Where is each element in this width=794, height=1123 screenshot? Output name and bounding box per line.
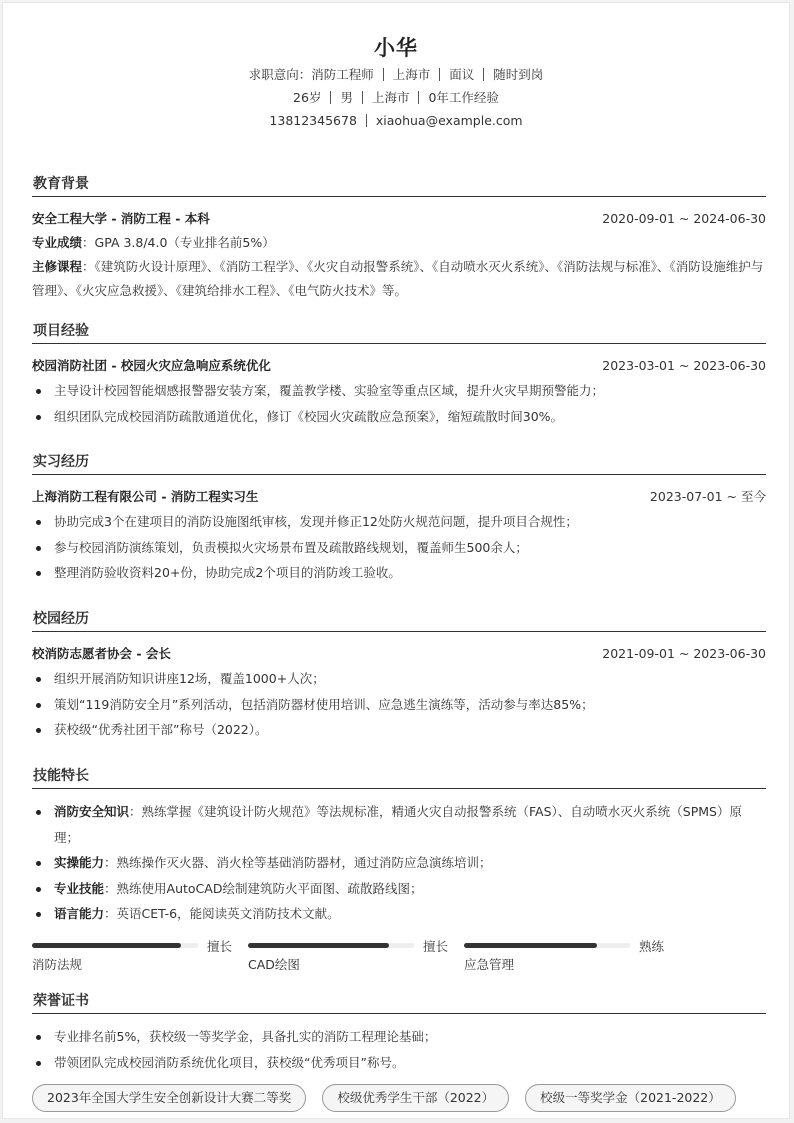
skill-bars: 擅长 消防法规 擅长 CAD绘图 熟练 应急管理 xyxy=(32,937,766,975)
experience: 0年工作经验 xyxy=(428,90,498,105)
org-role: 校消防志愿者协会 - 会长 xyxy=(32,642,171,666)
project-bullets: 主导设计校园智能烟感报警器安装方案，覆盖教学楼、实验室等重点区域，提升火灾早期预… xyxy=(32,378,766,429)
availability: 随时到岗 xyxy=(493,67,543,82)
list-item: 主导设计校园智能烟感报警器安装方案，覆盖教学楼、实验室等重点区域，提升火灾早期预… xyxy=(32,378,766,404)
section-title: 实习经历 xyxy=(32,451,766,473)
skill-name: 消防法规 xyxy=(32,955,248,975)
honor-tags: 2023年全国大学生安全创新设计大赛二等奖 校级优秀学生干部（2022） 校级一… xyxy=(32,1084,766,1112)
campus-bullets: 组织开展消防知识讲座12场，覆盖1000+人次； 策划“119消防安全月”系列活… xyxy=(32,666,766,743)
divider xyxy=(383,68,384,81)
basic-info-line: 26岁男上海市0年工作经验 xyxy=(3,86,789,109)
skill-fill xyxy=(248,943,389,948)
section-honors: 荣誉证书 专业排名前5%，获校级一等奖学金，具备扎实的消防工程理论基础； 带领团… xyxy=(32,990,766,1112)
list-item: 消防安全知识：熟练掌握《建筑设计防火规范》等法规标准，精通火灾自动报警系统（FA… xyxy=(32,799,766,850)
skill-text: ：熟练操作灭火器、消火栓等基础消防器材，通过消防应急演练培训； xyxy=(104,855,492,870)
section-title: 荣誉证书 xyxy=(32,990,766,1012)
phone: 13812345678 xyxy=(269,113,356,128)
date-range: 2021-09-01 ~ 2023-06-30 xyxy=(602,642,766,666)
city: 上海市 xyxy=(372,90,410,105)
section-title: 项目经验 xyxy=(32,320,766,342)
divider xyxy=(366,114,367,127)
list-item: 实操能力：熟练操作灭火器、消火栓等基础消防器材，通过消防应急演练培训； xyxy=(32,850,766,876)
section-divider xyxy=(32,788,766,789)
company-role: 上海消防工程有限公司 - 消防工程实习生 xyxy=(32,485,258,509)
list-item: 整理消防验收资料20+份，协助完成2个项目的消防竣工验收。 xyxy=(32,560,766,586)
school-major-degree: 安全工程大学 - 消防工程 - 本科 xyxy=(32,207,210,231)
divider xyxy=(483,68,484,81)
section-campus: 校园经历 校消防志愿者协会 - 会长 2021-09-01 ~ 2023-06-… xyxy=(32,608,766,743)
skill-level: 擅长 xyxy=(423,937,448,955)
section-divider xyxy=(32,1013,766,1014)
internship-heading: 上海消防工程有限公司 - 消防工程实习生 2023-07-01 ~ 至今 xyxy=(32,485,766,509)
list-item: 专业技能：熟练使用AutoCAD绘制建筑防火平面图、疏散路线图； xyxy=(32,876,766,902)
skill-bar-item: 熟练 应急管理 xyxy=(464,937,680,975)
internship-bullets: 协助完成3个在建项目的消防设施图纸审核，发现并修正12处防火规范问题，提升项目合… xyxy=(32,509,766,586)
divider xyxy=(418,91,419,104)
list-item: 带领团队完成校园消防系统优化项目，获校级“优秀项目”称号。 xyxy=(32,1050,766,1076)
courses-label: 主修课程 xyxy=(32,259,82,274)
section-divider xyxy=(32,631,766,632)
candidate-name: 小华 xyxy=(3,33,789,63)
email: xiaohua@example.com xyxy=(376,113,523,128)
skill-fill xyxy=(32,943,181,948)
project-heading: 校园消防社团 - 校园火灾应急响应系统优化 2023-03-01 ~ 2023-… xyxy=(32,354,766,378)
section-education: 教育背景 安全工程大学 - 消防工程 - 本科 2020-09-01 ~ 202… xyxy=(32,173,766,303)
list-item: 获校级“优秀社团干部”称号（2022）。 xyxy=(32,717,766,743)
resume-page: 小华 求职意向：消防工程师上海市面议随时到岗 26岁男上海市0年工作经验 138… xyxy=(2,2,790,1119)
section-title: 教育背景 xyxy=(32,173,766,195)
skill-fill xyxy=(464,943,597,948)
skill-name: CAD绘图 xyxy=(248,955,464,975)
honors-bullets: 专业排名前5%，获校级一等奖学金，具备扎实的消防工程理论基础； 带领团队完成校园… xyxy=(32,1024,766,1075)
skill-label: 语言能力 xyxy=(54,906,104,921)
courses-line: 主修课程：《建筑防火设计原理》、《消防工程学》、《火灾自动报警系统》、《自动喷水… xyxy=(32,255,766,303)
divider xyxy=(330,91,331,104)
section-divider xyxy=(32,196,766,197)
job-intent: 求职意向：消防工程师 xyxy=(249,67,374,82)
gpa-line: 专业成绩：GPA 3.8/4.0（专业排名前5%） xyxy=(32,231,766,255)
skill-text: ：熟练掌握《建筑设计防火规范》等法规标准，精通火灾自动报警系统（FAS）、自动喷… xyxy=(54,804,742,845)
courses-value: ：《建筑防火设计原理》、《消防工程学》、《火灾自动报警系统》、《自动喷水灭火系统… xyxy=(32,259,763,298)
resume-header: 小华 求职意向：消防工程师上海市面议随时到岗 26岁男上海市0年工作经验 138… xyxy=(3,33,789,132)
skill-level: 熟练 xyxy=(639,937,664,955)
list-item: 策划“119消防安全月”系列活动，包括消防器材使用培训、应急逃生演练等，活动参与… xyxy=(32,692,766,718)
honor-tag: 2023年全国大学生安全创新设计大赛二等奖 xyxy=(32,1084,306,1112)
section-title: 技能特长 xyxy=(32,765,766,787)
list-item: 组织开展消防知识讲座12场，覆盖1000+人次； xyxy=(32,666,766,692)
skill-track xyxy=(464,943,630,948)
skill-track xyxy=(248,943,414,948)
section-skills: 技能特长 消防安全知识：熟练掌握《建筑设计防火规范》等法规标准，精通火灾自动报警… xyxy=(32,765,766,975)
section-internship: 实习经历 上海消防工程有限公司 - 消防工程实习生 2023-07-01 ~ 至… xyxy=(32,451,766,586)
section-projects: 项目经验 校园消防社团 - 校园火灾应急响应系统优化 2023-03-01 ~ … xyxy=(32,320,766,429)
intent-city: 上海市 xyxy=(393,67,431,82)
date-range: 2023-03-01 ~ 2023-06-30 xyxy=(602,354,766,378)
skill-label: 实操能力 xyxy=(54,855,104,870)
list-item: 协助完成3个在建项目的消防设施图纸审核，发现并修正12处防火规范问题，提升项目合… xyxy=(32,509,766,535)
skill-name: 应急管理 xyxy=(464,955,680,975)
age: 26岁 xyxy=(293,90,321,105)
divider xyxy=(362,91,363,104)
date-range: 2020-09-01 ~ 2024-06-30 xyxy=(602,207,766,231)
honor-tag: 校级一等奖学金（2021-2022） xyxy=(525,1084,736,1112)
skill-level: 擅长 xyxy=(207,937,232,955)
gpa-label: 专业成绩 xyxy=(32,235,82,250)
gender: 男 xyxy=(340,90,353,105)
skill-label: 消防安全知识 xyxy=(54,804,129,819)
section-divider xyxy=(32,474,766,475)
project-title: 校园消防社团 - 校园火灾应急响应系统优化 xyxy=(32,354,271,378)
education-heading: 安全工程大学 - 消防工程 - 本科 2020-09-01 ~ 2024-06-… xyxy=(32,207,766,231)
skill-bar-item: 擅长 消防法规 xyxy=(32,937,248,975)
divider xyxy=(439,68,440,81)
skill-track xyxy=(32,943,198,948)
contact-line: 13812345678xiaohua@example.com xyxy=(3,109,789,132)
skill-text: ：英语CET-6，能阅读英文消防技术文献。 xyxy=(104,906,340,921)
honor-tag: 校级优秀学生干部（2022） xyxy=(322,1084,509,1112)
skills-bullets: 消防安全知识：熟练掌握《建筑设计防火规范》等法规标准，精通火灾自动报警系统（FA… xyxy=(32,799,766,927)
campus-heading: 校消防志愿者协会 - 会长 2021-09-01 ~ 2023-06-30 xyxy=(32,642,766,666)
job-intent-line: 求职意向：消防工程师上海市面议随时到岗 xyxy=(3,63,789,86)
skill-label: 专业技能 xyxy=(54,881,104,896)
section-divider xyxy=(32,343,766,344)
salary: 面议 xyxy=(449,67,474,82)
skill-bar-item: 擅长 CAD绘图 xyxy=(248,937,464,975)
list-item: 组织团队完成校园消防疏散通道优化，修订《校园火灾疏散应急预案》，缩短疏散时间30… xyxy=(32,404,766,430)
gpa-value: ：GPA 3.8/4.0（专业排名前5%） xyxy=(82,235,275,250)
list-item: 专业排名前5%，获校级一等奖学金，具备扎实的消防工程理论基础； xyxy=(32,1024,766,1050)
list-item: 参与校园消防演练策划，负责模拟火灾场景布置及疏散路线规划，覆盖师生500余人； xyxy=(32,535,766,561)
date-range: 2023-07-01 ~ 至今 xyxy=(650,485,766,509)
list-item: 语言能力：英语CET-6，能阅读英文消防技术文献。 xyxy=(32,901,766,927)
section-title: 校园经历 xyxy=(32,608,766,630)
skill-text: ：熟练使用AutoCAD绘制建筑防火平面图、疏散路线图； xyxy=(104,881,422,896)
